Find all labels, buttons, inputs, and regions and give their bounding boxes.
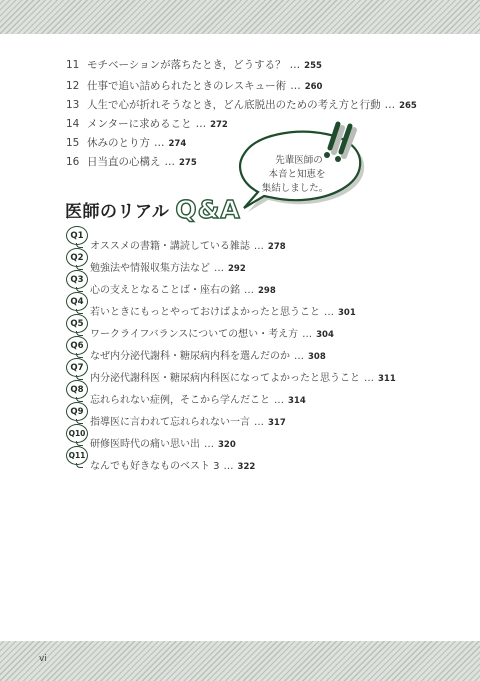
leader-dots: …: [294, 351, 304, 362]
chapter-number: 15: [66, 137, 87, 149]
leader-dots: …: [204, 439, 214, 450]
page-number: 304: [316, 330, 334, 340]
header-stripe-band: [0, 0, 480, 34]
question-title: ワークライフバランスについての想い・考え方: [90, 329, 298, 340]
leader-dots: …: [274, 395, 284, 406]
page-number: 255: [304, 61, 322, 71]
leader-dots: …: [165, 156, 176, 168]
chapter-item[interactable]: 14メンターに求めること…272: [66, 116, 228, 136]
chapter-number: 11: [66, 59, 87, 71]
page-number: 272: [210, 120, 228, 130]
leader-dots: …: [385, 99, 396, 111]
leader-dots: …: [196, 118, 207, 130]
page-number: 274: [169, 139, 187, 149]
question-title: なぜ内分泌代謝科・糖尿病内科を選んだのか: [90, 351, 290, 362]
leader-dots: …: [224, 461, 234, 472]
leader-dots: …: [302, 329, 312, 340]
leader-dots: …: [254, 241, 264, 252]
leader-dots: …: [324, 307, 334, 318]
page-number: 314: [288, 396, 306, 406]
chapter-item[interactable]: 13人生で心が折れそうなとき，どん底脱出のための考え方と行動…265: [66, 97, 417, 117]
question-title: 勉強法や情報収集方法など: [90, 263, 210, 274]
chapter-title: メンターに求めること: [87, 118, 192, 130]
question-title: 内分泌代謝科医・糖尿病内科医になってよかったと思うこと: [90, 373, 360, 384]
callout-line-2: 本音と知恵を: [268, 168, 325, 180]
chapter-title: 仕事で追い詰められたときのレスキュー術: [87, 80, 286, 92]
page-number: 308: [308, 352, 326, 362]
chapter-item[interactable]: 15休みのとり方…274: [66, 135, 186, 155]
question-badge: Q7: [66, 358, 88, 377]
question-badge: Q6: [66, 336, 88, 355]
leader-dots: …: [154, 137, 165, 149]
chapter-number: 12: [66, 80, 87, 92]
chapter-title: 人生で心が折れそうなとき，どん底脱出のための考え方と行動: [87, 99, 381, 111]
chapter-number: 13: [66, 99, 87, 111]
question-badge: Q8: [66, 380, 88, 399]
page-number: 320: [218, 440, 236, 450]
page-number: 301: [338, 308, 356, 318]
chapter-item[interactable]: 12仕事で追い詰められたときのレスキュー術…260: [66, 78, 322, 98]
page-number: 278: [268, 242, 286, 252]
question-badge: Q10: [66, 424, 88, 443]
leader-dots: …: [290, 80, 301, 92]
chapter-number: 14: [66, 118, 87, 130]
page-number: 260: [305, 82, 323, 92]
chapter-number: 16: [66, 156, 87, 168]
question-badge: Q2: [66, 248, 88, 267]
page-number: 265: [399, 101, 417, 111]
callout-line-3: 集結しました。: [262, 182, 329, 194]
folio-page-number: vi: [39, 654, 47, 664]
leader-dots: …: [244, 285, 254, 296]
page-number: 275: [179, 158, 197, 168]
qa-heading-text: 医師のリアル: [65, 197, 169, 222]
question-badge: Q4: [66, 292, 88, 311]
question-badge: Q3: [66, 270, 88, 289]
chapter-item[interactable]: 11モチベーションが落ちたとき，どうする？…255: [66, 57, 322, 77]
page-number: 292: [228, 264, 246, 274]
question-title: 心の支えとなることば・座右の銘: [90, 285, 240, 296]
question-title: 指導医に言われて忘れられない一言: [90, 417, 250, 428]
question-badge: Q11: [66, 446, 88, 465]
page-number: 298: [258, 286, 276, 296]
page-number: 322: [238, 462, 256, 472]
footer-stripe-band: [0, 641, 480, 681]
chapter-item[interactable]: 16日当直の心構え…275: [66, 154, 197, 174]
chapter-title: モチベーションが落ちたとき，どうする？: [87, 59, 286, 71]
page-number: 311: [378, 374, 396, 384]
chapter-title: 日当直の心構え: [87, 156, 161, 168]
leader-dots: …: [364, 373, 374, 384]
leader-dots: …: [214, 263, 224, 274]
speech-bubble-icon: 先輩医師の 本音と知恵を 集結しました。: [230, 120, 380, 220]
leader-dots: …: [254, 417, 264, 428]
qa-section-heading: 医師のリアル Q&A: [65, 194, 241, 224]
chapter-title: 休みのとり方: [87, 137, 150, 149]
question-title: 若いときにもっとやっておけばよかったと思うこと: [90, 307, 320, 318]
speech-bubble-callout: 先輩医師の 本音と知恵を 集結しました。: [230, 120, 380, 220]
question-badge: Q9: [66, 402, 88, 421]
question-badge: Q1: [66, 226, 88, 245]
qa-logo: Q&A: [175, 195, 240, 224]
question-title: オススメの書籍・講読している雑誌: [90, 241, 250, 252]
question-badge: Q5: [66, 314, 88, 333]
page-number: 317: [268, 418, 286, 428]
callout-line-1: 先輩医師の: [275, 154, 323, 166]
question-title: 忘れられない症例，そこから学んだこと: [90, 395, 270, 406]
question-title: 研修医時代の痛い思い出: [90, 439, 200, 450]
question-title: なんでも好きなものベスト 3: [90, 461, 220, 472]
leader-dots: …: [290, 59, 301, 71]
